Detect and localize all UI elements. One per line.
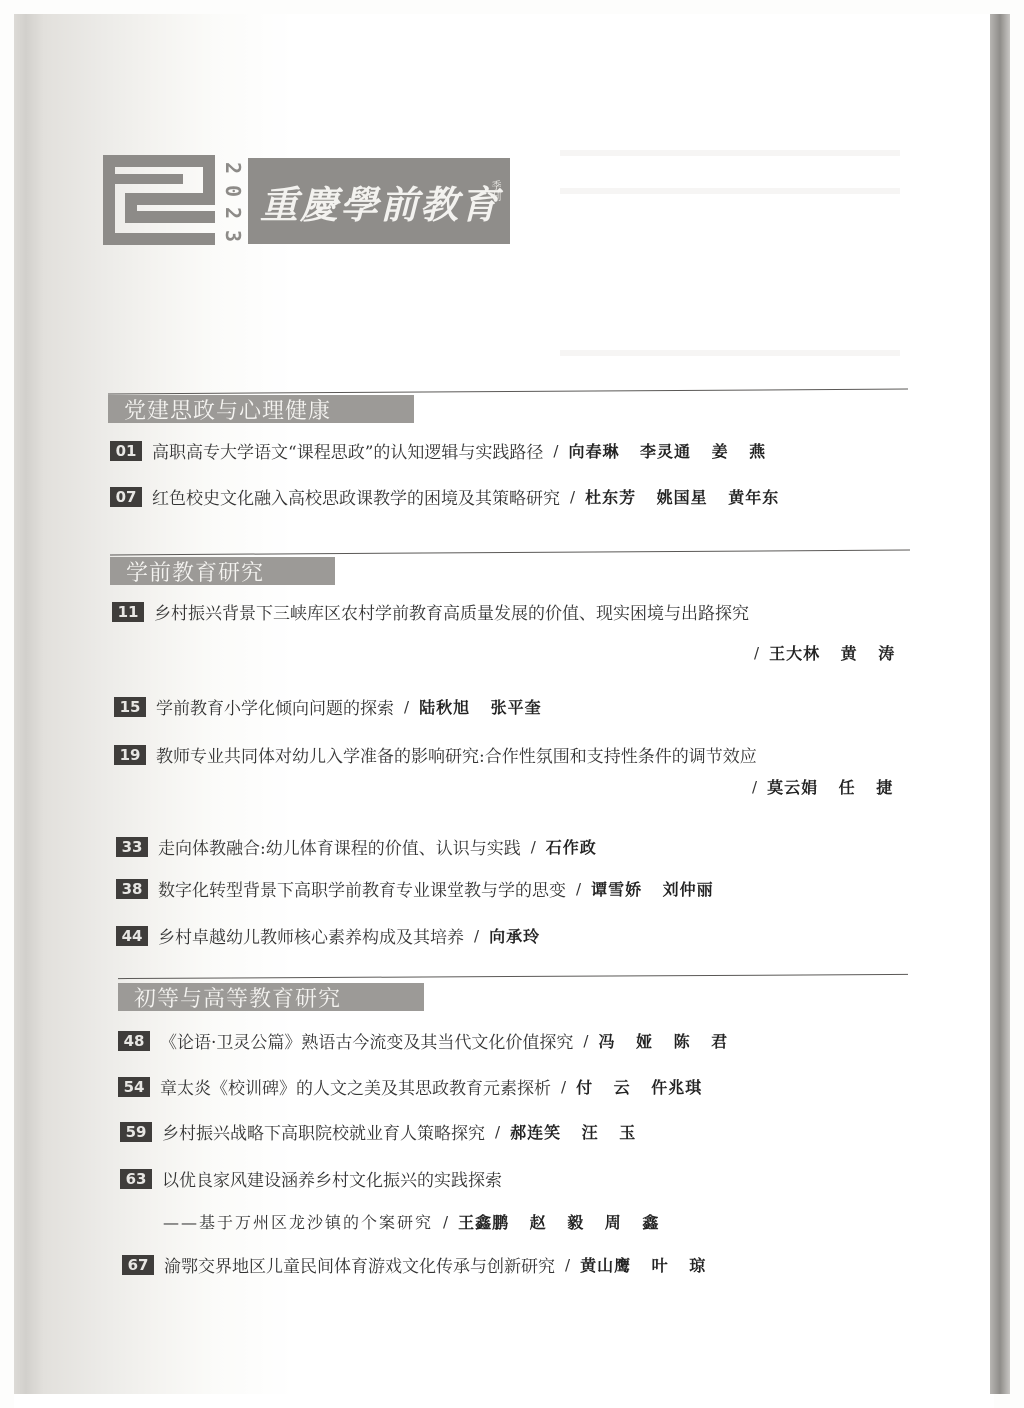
separator: /: [495, 1123, 500, 1141]
section-title: 学前教育研究: [110, 556, 264, 587]
article-authors: 冯 娅 陈 君: [598, 1029, 728, 1052]
separator: /: [404, 698, 409, 716]
article-title: 学前教育小学化倾向问题的探索: [156, 694, 394, 719]
toc-entry[interactable]: 15 学前教育小学化倾向问题的探索 / 陆秋旭 张平奎: [114, 694, 542, 719]
separator: /: [583, 1032, 588, 1050]
article-title: 高职高专大学语文“课程思政”的认知逻辑与实践路径: [152, 438, 543, 463]
year-digit: 3: [223, 230, 243, 242]
toc-entry[interactable]: 44 乡村卓越幼儿教师核心素养构成及其培养 / 向承玲: [116, 923, 540, 948]
page-bottom-edge: [14, 1394, 994, 1408]
toc-entry[interactable]: 11 乡村振兴背景下三峡库区农村学前教育高质量发展的价值、现实困境与出路探究: [112, 599, 749, 624]
article-authors: 石作政: [546, 835, 597, 858]
article-title: 教师专业共同体对幼儿入学准备的影响研究:合作性氛围和支持性条件的调节效应: [156, 742, 757, 767]
show-through-mark: [560, 188, 900, 194]
toc-entry[interactable]: 63 以优良家风建设涵养乡村文化振兴的实践探索: [120, 1166, 502, 1191]
article-authors: 郝连笑 汪 玉: [510, 1120, 636, 1143]
article-authors: 黄山鹰 叶 琼: [580, 1253, 706, 1276]
article-authors: 杜东芳 姚国星 黄年东: [585, 485, 779, 508]
toc-entry[interactable]: 54 章太炎《校训碑》的人文之美及其思政教育元素探析 / 付 云 仵兆琪: [118, 1074, 702, 1099]
page-number-badge: 48: [118, 1031, 150, 1051]
masthead-year: 2 0 2 3: [222, 158, 244, 246]
article-subtitle: ——基于万州区龙沙镇的个案研究: [163, 1210, 433, 1233]
section-title: 党建思政与心理健康: [108, 394, 331, 425]
separator: /: [553, 442, 558, 460]
article-title: 章太炎《校训碑》的人文之美及其思政教育元素探析: [160, 1074, 551, 1099]
separator: /: [576, 880, 581, 898]
toc-entry-authors: / 王大林 黄 涛: [754, 641, 895, 664]
article-title: 渝鄂交界地区儿童民间体育游戏文化传承与创新研究: [164, 1252, 555, 1277]
separator: /: [474, 927, 479, 945]
page-number-badge: 07: [110, 487, 142, 507]
separator: /: [443, 1213, 448, 1231]
binding-strip: [990, 14, 1010, 1394]
article-title: 乡村振兴背景下三峡库区农村学前教育高质量发展的价值、现实困境与出路探究: [154, 599, 749, 624]
article-title: 走向体教融合:幼儿体育课程的价值、认识与实践: [158, 834, 521, 859]
page-number-badge: 59: [120, 1122, 152, 1142]
separator: /: [752, 778, 757, 796]
article-title: 红色校史文化融入高校思政课教学的困境及其策略研究: [152, 484, 560, 509]
toc-entry[interactable]: 01 高职高专大学语文“课程思政”的认知逻辑与实践路径 / 向春琳 李灵通 姜 …: [110, 438, 766, 463]
masthead-title-box: 重慶學前教育 季刊: [248, 158, 510, 244]
separator: /: [565, 1256, 570, 1274]
toc-entry[interactable]: 38 数字化转型背景下高职学前教育专业课堂教与学的思变 / 谭雪娇 刘仲丽: [116, 876, 714, 901]
article-authors: 莫云娟 任 捷: [767, 775, 893, 798]
year-2-logo-icon: [100, 150, 220, 250]
toc-entry-authors: / 莫云娟 任 捷: [752, 775, 893, 798]
page-number-badge: 67: [122, 1255, 154, 1275]
show-through-mark: [560, 350, 900, 356]
article-authors: 王鑫鹏 赵 毅 周 鑫: [458, 1210, 659, 1233]
toc-entry[interactable]: 48 《论语·卫灵公篇》熟语古今流变及其当代文化价值探究 / 冯 娅 陈 君: [118, 1028, 728, 1053]
article-title: 数字化转型背景下高职学前教育专业课堂教与学的思变: [158, 876, 566, 901]
page-number-badge: 63: [120, 1169, 152, 1189]
section-header-primary-higher-education: 初等与高等教育研究: [118, 983, 424, 1011]
page-number-badge: 54: [118, 1077, 150, 1097]
toc-entry[interactable]: 67 渝鄂交界地区儿童民间体育游戏文化传承与创新研究 / 黄山鹰 叶 琼: [122, 1252, 706, 1277]
toc-entry[interactable]: 19 教师专业共同体对幼儿入学准备的影响研究:合作性氛围和支持性条件的调节效应: [114, 742, 757, 767]
article-title: 以优良家风建设涵养乡村文化振兴的实践探索: [162, 1166, 502, 1191]
article-authors: 付 云 仵兆琪: [576, 1075, 702, 1098]
show-through-mark: [560, 150, 900, 156]
article-title: 乡村振兴战略下高职院校就业育人策略探究: [162, 1119, 485, 1144]
separator: /: [561, 1078, 566, 1096]
toc-entry[interactable]: 59 乡村振兴战略下高职院校就业育人策略探究 / 郝连笑 汪 玉: [120, 1119, 636, 1144]
article-authors: 谭雪娇 刘仲丽: [591, 877, 714, 900]
year-digit: 2: [223, 207, 243, 219]
article-title: 《论语·卫灵公篇》熟语古今流变及其当代文化价值探究: [160, 1028, 573, 1053]
article-authors: 向春琳 李灵通 姜 燕: [568, 439, 766, 462]
separator: /: [570, 488, 575, 506]
separator: /: [754, 644, 759, 662]
toc-entry-subtitle: ——基于万州区龙沙镇的个案研究 / 王鑫鹏 赵 毅 周 鑫: [163, 1210, 659, 1233]
page-number-badge: 15: [114, 697, 146, 717]
article-title: 乡村卓越幼儿教师核心素养构成及其培养: [158, 923, 464, 948]
page-number-badge: 44: [116, 926, 148, 946]
journal-title: 重慶學前教育: [260, 174, 500, 229]
page-number-badge: 19: [114, 745, 146, 765]
section-header-party-building: 党建思政与心理健康: [108, 395, 414, 423]
journal-frequency: 季刊: [487, 180, 502, 202]
toc-entry[interactable]: 07 红色校史文化融入高校思政课教学的困境及其策略研究 / 杜东芳 姚国星 黄年…: [110, 484, 779, 509]
year-digit: 2: [223, 162, 243, 174]
article-authors: 向承玲: [489, 924, 540, 947]
year-digit: 0: [223, 185, 243, 197]
toc-entry[interactable]: 33 走向体教融合:幼儿体育课程的价值、认识与实践 / 石作政: [116, 834, 597, 859]
separator: /: [531, 838, 536, 856]
page-number-badge: 01: [110, 441, 142, 461]
article-authors: 陆秋旭 张平奎: [419, 695, 542, 718]
article-authors: 王大林 黄 涛: [769, 641, 895, 664]
page-number-badge: 38: [116, 879, 148, 899]
section-header-preschool-research: 学前教育研究: [110, 557, 335, 585]
section-title: 初等与高等教育研究: [118, 982, 341, 1013]
page-number-badge: 33: [116, 837, 148, 857]
masthead: 2 0 2 3 重慶學前教育 季刊: [100, 150, 510, 250]
page-number-badge: 11: [112, 602, 144, 622]
